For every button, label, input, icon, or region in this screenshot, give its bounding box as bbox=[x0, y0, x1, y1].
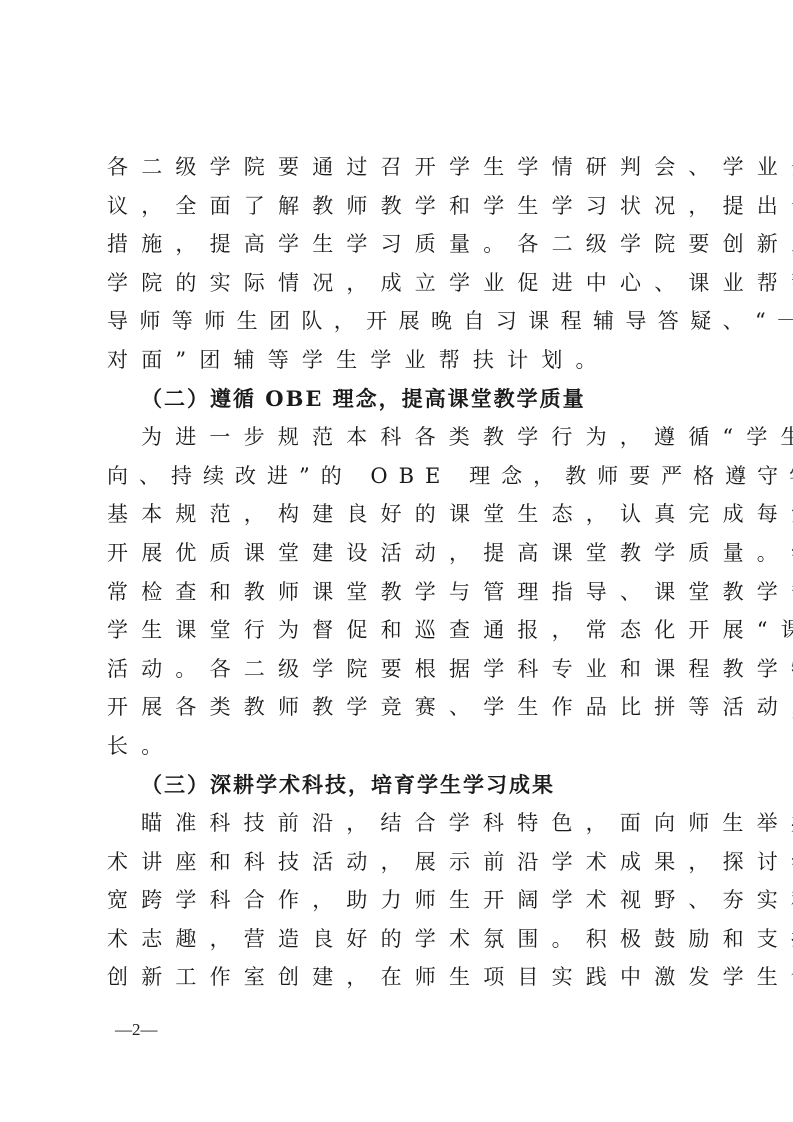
paragraph-line: 各二级学院要通过召开学生学情研判会、学业分析会等专题会 bbox=[107, 148, 697, 187]
paragraph-line: 宽跨学科合作，助力师生开阔学术视野、夯实科研能力、砥砺学 bbox=[107, 881, 697, 920]
paragraph-line: 瞄准科技前沿，结合学科特色，面向师生举办形式多样的学 bbox=[107, 804, 697, 843]
paragraph-line: 创新工作室创建，在师生项目实践中激发学生创新思维，增强专 bbox=[107, 958, 697, 997]
paragraph-line: 对面”团辅等学生学业帮扶计划。 bbox=[107, 341, 697, 380]
paragraph-line: 学院的实际情况，成立学业促进中心、课业帮帮团、学姐学长当 bbox=[107, 264, 697, 303]
paragraph-line: 开展优质课堂建设活动，提高课堂教学质量。学校要持续抓好日 bbox=[107, 534, 697, 573]
paragraph-line: 开展各类教师教学竞赛、学生作品比拼等活动，更好促进教学相 bbox=[107, 688, 697, 727]
paragraph-line: 导师等师生团队，开展晚自习课程辅导答疑、“一对一”指导、“面 bbox=[107, 302, 697, 341]
paragraph-line: 措施，提高学生学习质量。各二级学院要创新工作方式，根据本 bbox=[107, 225, 697, 264]
paragraph-line: 活动。各二级学院要根据学科专业和课程教学特点，有针对性地 bbox=[107, 650, 697, 689]
section-heading-2: （二）遵循 OBE 理念，提高课堂教学质量 bbox=[107, 380, 697, 419]
paragraph-line: 常检查和教师课堂教学与管理指导、课堂教学督导与教学评价、 bbox=[107, 573, 697, 612]
paragraph-line: 长。 bbox=[107, 727, 697, 766]
paragraph-line: 基本规范，构建良好的课堂生态，认真完成每堂教学任务，持续 bbox=[107, 495, 697, 534]
paragraph-line: 学生课堂行为督促和巡查通报，常态化开展“课堂教学示范月” bbox=[107, 611, 697, 650]
paragraph-line: 向、持续改进”的 OBE 理念，教师要严格遵守学校教师教学工作 bbox=[107, 457, 697, 496]
paragraph-line: 术讲座和科技活动，展示前沿学术成果，探讨学术发展历程，拓 bbox=[107, 843, 697, 882]
paragraph-line: 为进一步规范本科各类教学行为，遵循“学生中心、成果导 bbox=[107, 418, 697, 457]
document-page: 各二级学院要通过召开学生学情研判会、学业分析会等专题会 议，全面了解教师教学和学… bbox=[0, 0, 793, 1122]
page-number: —2— bbox=[115, 1020, 158, 1040]
paragraph-line: 议，全面了解教师教学和学生学习状况，提出切实可行的的优化 bbox=[107, 187, 697, 226]
document-body: 各二级学院要通过召开学生学情研判会、学业分析会等专题会 议，全面了解教师教学和学… bbox=[107, 148, 697, 997]
paragraph-line: 术志趣，营造良好的学术氛围。积极鼓励和支持教师科研项目、 bbox=[107, 920, 697, 959]
section-heading-3: （三）深耕学术科技，培育学生学习成果 bbox=[107, 766, 697, 805]
